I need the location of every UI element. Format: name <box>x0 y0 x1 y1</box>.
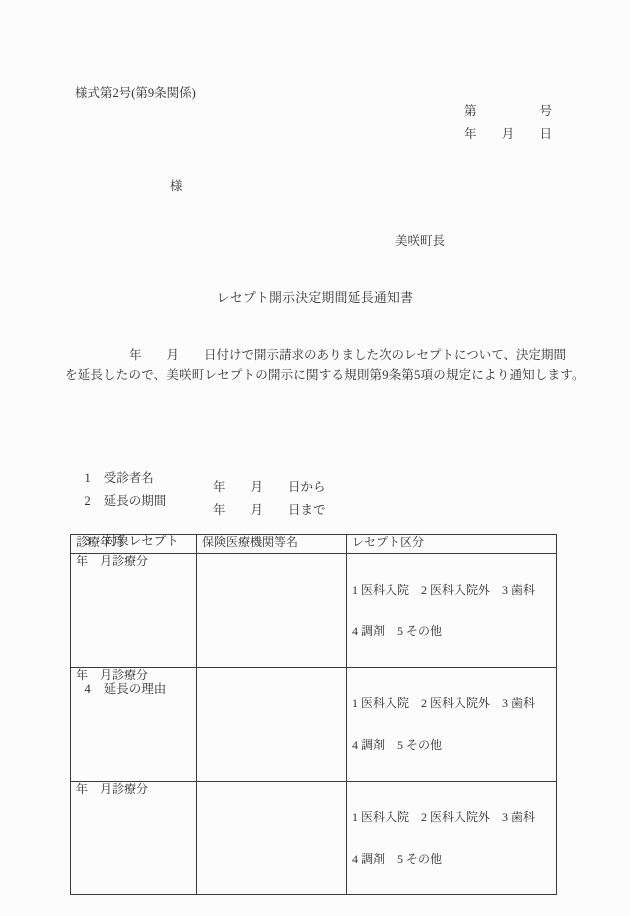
date-month-label: 月 <box>502 127 515 141</box>
addressee-honorific: 様 <box>170 179 183 193</box>
item-extension-period: 2延長の期間 <box>72 480 166 523</box>
header-treatment-month: 診療年月 <box>71 535 197 554</box>
item-label: 延長の理由 <box>104 682 167 696</box>
item-number: 4 <box>85 682 91 696</box>
sender-name: 美咲町長 <box>395 234 445 248</box>
extension-period-to: 年 月 日まで <box>213 503 326 517</box>
recept-category-cell: 1 医科入院 2 医科入院外 3 歯科 4 調剤 5 その他 <box>347 781 557 895</box>
issue-date-line: 年 月 日 <box>464 127 552 141</box>
document-page: 様式第2号(第9条関係) 第 号 年 月 日 様 美咲町長 レセプト開示決定期間… <box>0 0 630 916</box>
header-recept-category: レセプト区分 <box>347 535 557 554</box>
item-label: 延長の期間 <box>104 494 167 508</box>
doc-number-prefix: 第 <box>464 104 477 118</box>
table-header-row: 診療年月 保険医療機関等名 レセプト区分 <box>71 535 557 554</box>
date-year-label: 年 <box>464 127 477 141</box>
document-number-line: 第 号 <box>464 104 552 118</box>
category-line1: 1 医科入院 2 医科入院外 3 歯科 <box>352 810 551 824</box>
recept-category-cell: 1 医科入院 2 医科入院外 3 歯科 4 調剤 5 その他 <box>347 554 557 668</box>
form-number: 様式第2号(第9条関係) <box>75 86 196 100</box>
medical-institution-cell <box>197 554 347 668</box>
document-title: レセプト開示決定期間延長通知書 <box>0 291 630 306</box>
recept-table: 診療年月 保険医療機関等名 レセプト区分 年 月診療分 1 医科入院 2 医科入… <box>70 534 557 895</box>
item-extension-reason: 4延長の理由 <box>72 668 166 711</box>
medical-institution-cell <box>197 781 347 895</box>
medical-institution-cell <box>197 667 347 781</box>
category-line1: 1 医科入院 2 医科入院外 3 歯科 <box>352 583 551 597</box>
treatment-month-cell: 年 月診療分 <box>71 554 197 668</box>
doc-number-suffix: 号 <box>539 104 552 118</box>
item-number: 2 <box>85 494 91 508</box>
header-medical-institution: 保険医療機関等名 <box>197 535 347 554</box>
recept-category-cell: 1 医科入院 2 医科入院外 3 歯科 4 調剤 5 その他 <box>347 667 557 781</box>
treatment-month-cell: 年 月診療分 <box>71 781 197 895</box>
date-day-label: 日 <box>539 127 552 141</box>
extension-period-from: 年 月 日から <box>213 480 326 494</box>
body-paragraph-line2: を延長したので、美咲町レセプトの開示に関する規則第9条第5項の規定により通知しま… <box>65 368 585 382</box>
body-paragraph-line1: 年 月 日付けで開示請求のありました次のレセプトについて、決定期間 <box>129 348 566 362</box>
category-line2: 4 調剤 5 その他 <box>352 738 551 752</box>
category-line2: 4 調剤 5 その他 <box>352 852 551 866</box>
category-line1: 1 医科入院 2 医科入院外 3 歯科 <box>352 696 551 710</box>
table-row: 年 月診療分 1 医科入院 2 医科入院外 3 歯科 4 調剤 5 その他 <box>71 781 557 895</box>
category-line2: 4 調剤 5 その他 <box>352 624 551 638</box>
table-row: 年 月診療分 1 医科入院 2 医科入院外 3 歯科 4 調剤 5 その他 <box>71 554 557 668</box>
